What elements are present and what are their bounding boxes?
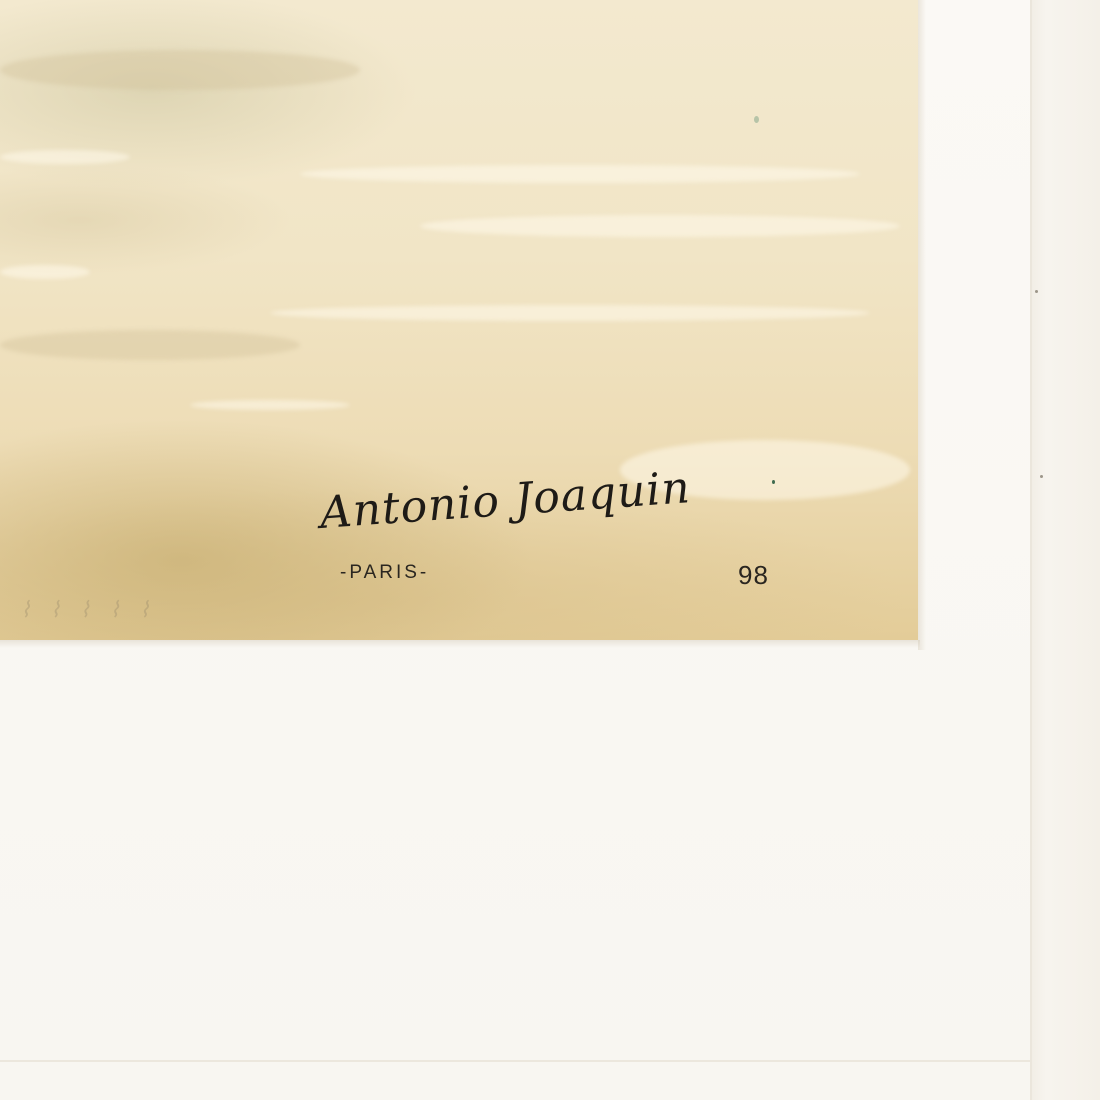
frame-edge <box>1030 0 1100 1100</box>
wash-stroke <box>270 305 870 321</box>
mat-shadow <box>0 640 920 648</box>
watercolor-painting: Antonio Joaquin -PARIS- 98 ⌇ ⌇ ⌇ ⌇ ⌇ <box>0 0 918 640</box>
signature-city: -PARIS- <box>340 562 429 584</box>
framed-artwork-photo: Antonio Joaquin -PARIS- 98 ⌇ ⌇ ⌇ ⌇ ⌇ <box>0 0 1100 1100</box>
paint-fleck <box>772 480 775 484</box>
wash-stroke <box>0 50 360 90</box>
mat-bevel <box>918 0 926 650</box>
wash-stroke <box>420 215 900 237</box>
pencil-inscription: ⌇ ⌇ ⌇ ⌇ ⌇ <box>20 598 156 623</box>
wash-stroke <box>0 150 130 164</box>
mat-window-line <box>0 1060 1030 1062</box>
dust-speck <box>1040 475 1043 478</box>
wash-stroke <box>0 330 300 360</box>
signature-year: 98 <box>738 560 769 591</box>
wash-stroke <box>190 400 350 410</box>
wash-stroke <box>0 265 90 279</box>
wash-stroke <box>300 165 860 183</box>
artist-signature: Antonio Joaquin <box>318 462 692 539</box>
dust-speck <box>1035 290 1038 293</box>
paint-fleck <box>754 116 759 123</box>
